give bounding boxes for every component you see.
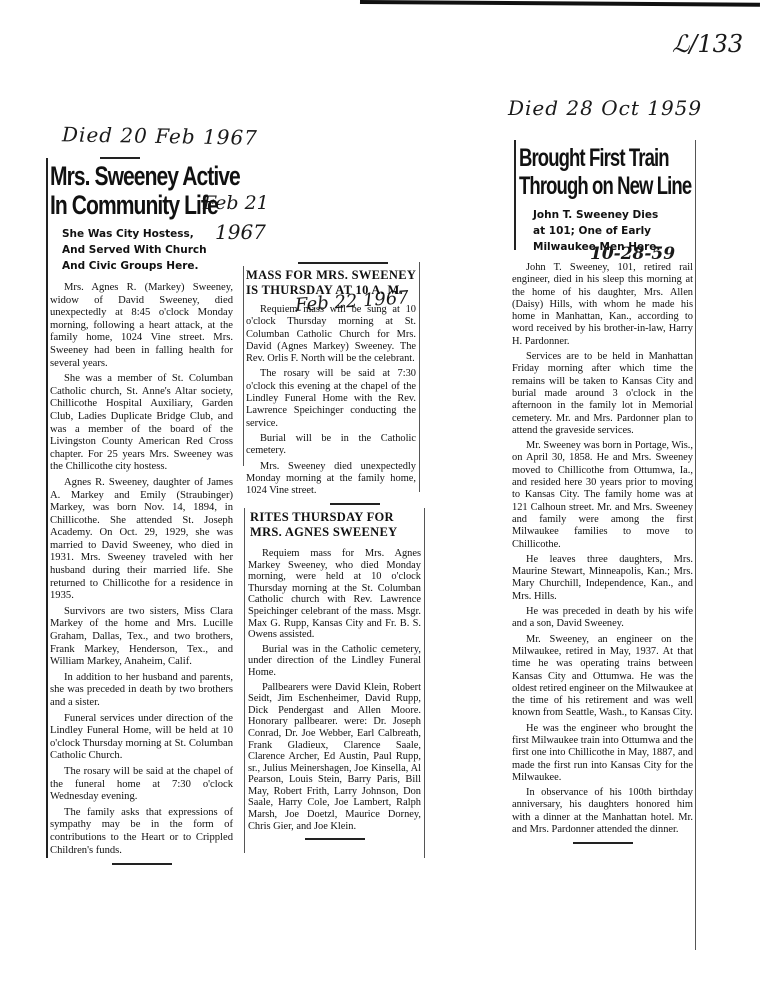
- deck-line: And Served With Church: [62, 242, 232, 258]
- paragraph: Pallbearers were David Klein, Robert Sei…: [248, 682, 421, 833]
- paragraph: The rosary will be said at the chapel of…: [50, 766, 233, 804]
- paragraph: Funeral services under direction of the …: [50, 713, 233, 763]
- deck-line: John T. Sweeney Dies: [533, 207, 693, 223]
- train-headline-line1: Brought First Train: [519, 144, 697, 172]
- rites-clip-border-left: [244, 508, 245, 853]
- left-headline-line1: Mrs. Sweeney Active: [50, 162, 253, 191]
- rites-clip-headline: RITES THURSDAY FOR MRS. AGNES SWEENEY: [250, 510, 425, 540]
- paragraph: The rosary will be said at 7:30 o'clock …: [246, 368, 416, 429]
- paragraph: Requiem mass will be sung at 10 o'clock …: [246, 304, 416, 365]
- end-rule: [573, 842, 633, 844]
- paragraph: He leaves three daughters, Mrs. Maurine …: [512, 554, 693, 603]
- train-clip-body: John T. Sweeney, 101, retired rail engin…: [512, 262, 693, 844]
- paragraph: He was the engineer who brought the firs…: [512, 723, 693, 784]
- left-headline-line2: In Community Life: [50, 191, 253, 220]
- train-clip-border-right: [695, 140, 696, 950]
- paragraph: Mrs. Sweeney died unexpectedly Monday mo…: [246, 461, 416, 498]
- paragraph: Burial will be in the Catholic cemetery.: [246, 433, 416, 458]
- left-clip-rule-top: [100, 157, 140, 159]
- left-clip-deck: She Was City Hostess, And Served With Ch…: [62, 226, 232, 274]
- deck-line: She Was City Hostess,: [62, 226, 232, 242]
- mass-clip-rule-top: [298, 262, 388, 264]
- mass-clip-border-left: [243, 266, 244, 466]
- left-clip-body: Mrs. Agnes R. (Markey) Sweeney, widow of…: [50, 282, 233, 865]
- rites-clip-rule-top: [330, 503, 380, 505]
- rites-headline-line2: MRS. AGNES SWEENEY: [250, 525, 425, 540]
- train-clip-headline: Brought First Train Through on New Line: [519, 144, 759, 200]
- train-clip-border-left: [514, 140, 516, 250]
- died-date-annotation-left: Died 20 Feb 1967: [62, 122, 258, 149]
- mass-clip-body: Requiem mass will be sung at 10 o'clock …: [246, 304, 416, 500]
- train-clip-deck: John T. Sweeney Dies at 101; One of Earl…: [533, 207, 693, 255]
- deck-line: Milwaukee Men Here.: [533, 239, 693, 255]
- mass-clip-headline: MASS FOR MRS. SWEENEY IS THURSDAY AT 10 …: [246, 268, 421, 298]
- paragraph: Mr. Sweeney, an engineer on the Milwauke…: [512, 634, 693, 720]
- rites-headline-line1: RITES THURSDAY FOR: [250, 510, 425, 525]
- paragraph: In addition to her husband and parents, …: [50, 672, 233, 710]
- end-rule: [305, 838, 365, 840]
- paragraph: He was preceded in death by his wife and…: [512, 606, 693, 631]
- paragraph: Services are to be held in Manhattan Fri…: [512, 351, 693, 437]
- mass-headline-line1: MASS FOR MRS. SWEENEY: [246, 268, 421, 283]
- rites-clip-border-right: [424, 508, 425, 858]
- scan-top-edge: [360, 0, 760, 7]
- end-rule: [112, 863, 172, 865]
- paragraph: Requiem mass for Mrs. Agnes Markey Sween…: [248, 548, 421, 641]
- paragraph: Burial was in the Catholic cemetery, und…: [248, 644, 421, 679]
- paragraph: John T. Sweeney, 101, retired rail engin…: [512, 262, 693, 348]
- train-headline-line2: Through on New Line: [519, 172, 697, 200]
- rites-clip-body: Requiem mass for Mrs. Agnes Markey Sween…: [248, 548, 421, 840]
- paragraph: In observance of his 100th birthday anni…: [512, 787, 693, 836]
- paragraph: Mrs. Agnes R. (Markey) Sweeney, widow of…: [50, 282, 233, 370]
- deck-line: at 101; One of Early: [533, 223, 693, 239]
- left-clip-headline: Mrs. Sweeney Active In Community Life: [50, 162, 310, 220]
- paragraph: Survivors are two sisters, Miss Clara Ma…: [50, 606, 233, 669]
- paragraph: The family asks that expressions of symp…: [50, 807, 233, 857]
- died-date-annotation-right: Died 28 Oct 1959: [508, 96, 702, 120]
- paragraph: She was a member of St. Columban Catholi…: [50, 373, 233, 474]
- mass-headline-line2: IS THURSDAY AT 10 A. M.: [246, 283, 421, 298]
- paragraph: Mr. Sweeney was born in Portage, Wis., o…: [512, 440, 693, 551]
- paragraph: Agnes R. Sweeney, daughter of James A. M…: [50, 477, 233, 603]
- page-reference-annotation: ℒ/133: [672, 30, 743, 58]
- left-clip-border: [46, 158, 48, 858]
- deck-line: And Civic Groups Here.: [62, 258, 232, 274]
